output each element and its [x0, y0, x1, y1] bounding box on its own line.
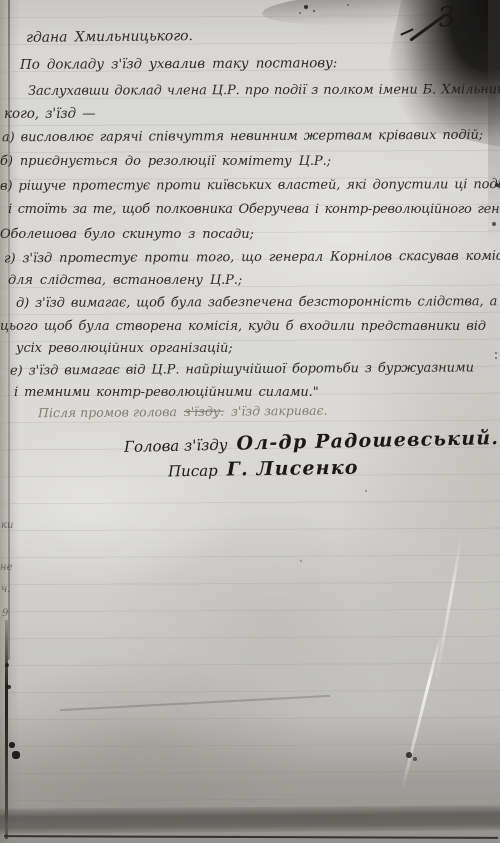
paper-crease — [60, 695, 330, 711]
right-edge-shade — [488, 0, 500, 290]
manuscript-line: усіх революційних організацій; — [16, 341, 233, 356]
margin-mark: ки — [1, 520, 13, 531]
manuscript-line: і темними контр-революційними силами." — [14, 385, 319, 400]
manuscript-line: г) з'їзд протестує проти того, що генера… — [4, 249, 500, 267]
signature-role: Писар — [168, 462, 218, 481]
signature-line-chairman: Голова з'їздуОл-др Радошевський. — [124, 427, 499, 457]
manuscript-page: 3 гдана Хмильницького.По докладу з'їзд у… — [0, 0, 500, 843]
folio-annotation: 3 — [398, 2, 468, 48]
manuscript-line: для слідства, встановлену Ц.Р.; — [8, 273, 242, 288]
manuscript-line: б) приєднується до резолюції комітету Ц.… — [0, 154, 331, 169]
manuscript-line: а) висловлює гарячі співчуття невинним ж… — [2, 128, 483, 146]
signature-name: Г. Лисенко — [227, 457, 359, 481]
signature-role: Голова з'їзду — [124, 436, 228, 456]
manuscript-line: в) рішуче протестує проти київських влас… — [0, 177, 500, 194]
margin-mark: ч. — [1, 584, 10, 595]
closing-text-pre: Після промов голова — [38, 404, 177, 420]
paper-crease — [434, 536, 463, 684]
manuscript-line: е) з'їзд вимагає від Ц.Р. найрішучійшої … — [10, 360, 474, 378]
manuscript-line: кого, з'їзд — — [4, 106, 96, 122]
folio-tick-mark — [400, 28, 414, 36]
manuscript-line: і стоїть за те, щоб полковника Оберучева… — [8, 202, 500, 217]
folio-number: 3 — [436, 1, 457, 34]
closing-text-post: з'їзд закриває. — [231, 403, 328, 419]
bottom-dark-band — [0, 805, 500, 833]
manuscript-line: цього щоб була створена комісія, куди б … — [0, 319, 486, 334]
margin-mark: 9 — [2, 608, 8, 619]
manuscript-line: гдана Хмильницького. — [26, 28, 193, 46]
ink-specks — [0, 0, 2, 2]
signature-name: Ол-др Радошевський. — [236, 427, 499, 454]
margin-mark: не — [0, 562, 13, 573]
manuscript-line: Оболешова було скинуто з посади; — [0, 227, 254, 242]
manuscript-line: По докладу з'їзд ухвалив таку постанову: — [20, 55, 337, 73]
signature-line-scribe: ПисарГ. Лисенко — [168, 457, 359, 482]
closing-sentence: Після промов головаз'їзду.з'їзд закриває… — [38, 403, 328, 421]
manuscript-line: д) з'їзд вимагає, щоб була забезпечена б… — [16, 294, 500, 311]
struck-out-word: з'їзду. — [184, 404, 224, 419]
manuscript-line: Заслухавши доклад члена Ц.Р. про події з… — [28, 82, 500, 99]
